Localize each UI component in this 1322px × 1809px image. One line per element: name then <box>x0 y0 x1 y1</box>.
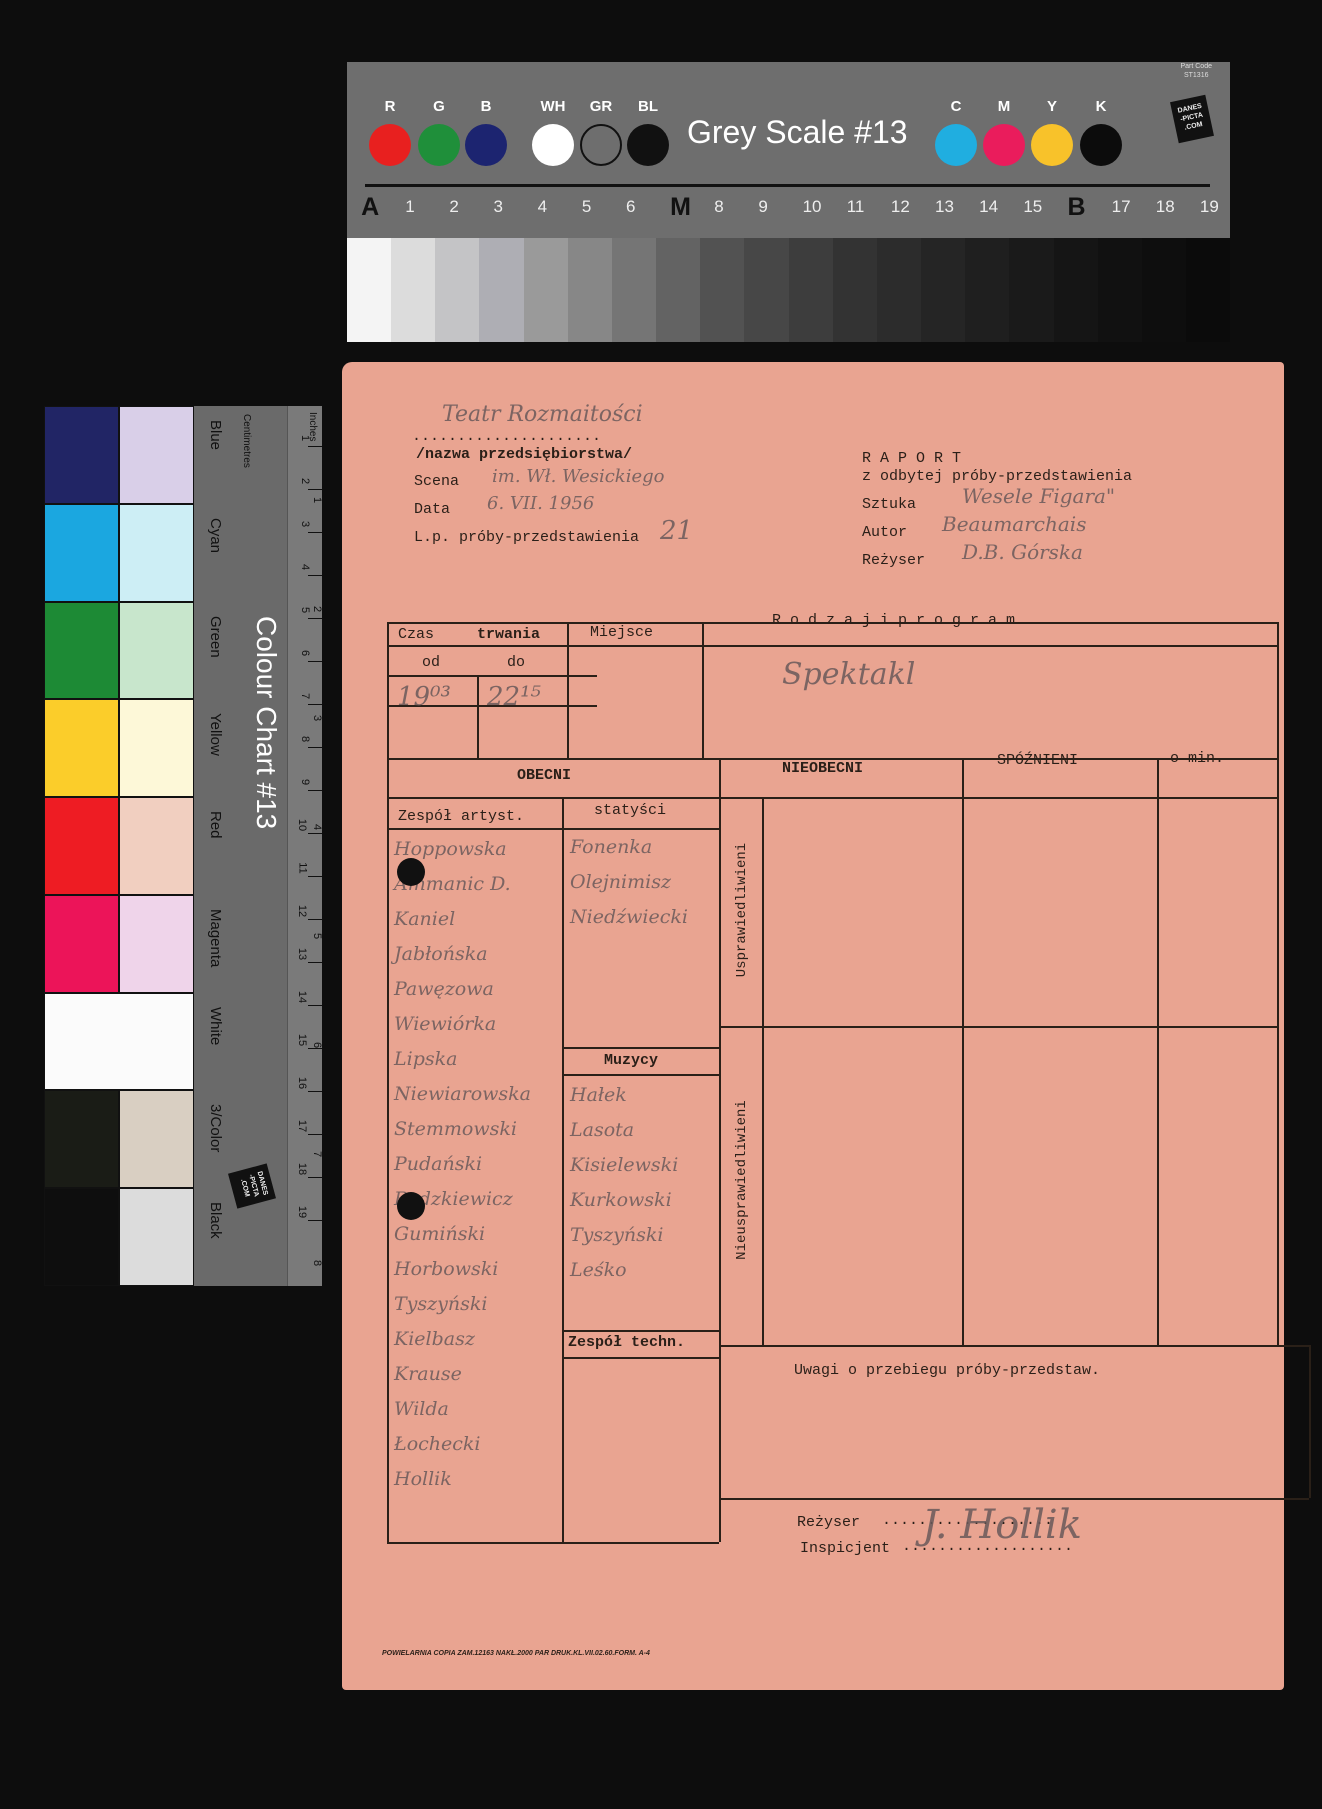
swatch-3-color <box>119 1090 194 1188</box>
patch-bl <box>627 124 669 166</box>
name-entry: Niewiarowska <box>394 1077 531 1112</box>
patch-b <box>465 124 507 166</box>
name-entry: Olejnimisz <box>570 865 688 900</box>
company-dots: ..................... <box>412 428 601 445</box>
rule <box>719 1345 1309 1347</box>
step-label: 3 <box>494 197 503 217</box>
patch-gr <box>580 124 622 166</box>
step-label: 13 <box>935 197 954 217</box>
ruler-number: 10 <box>296 819 308 831</box>
swatch-red <box>119 797 194 895</box>
patch-label: M <box>983 98 1025 115</box>
colour-chart-title: Colour Chart #13 <box>250 616 282 829</box>
grey-step <box>656 238 700 342</box>
patch-label: R <box>369 98 411 115</box>
ruler-number: 8 <box>299 736 311 742</box>
step-label: 6 <box>626 197 635 217</box>
step-label: 4 <box>538 197 547 217</box>
patch-label: B <box>465 98 507 115</box>
patch-label: Y <box>1031 98 1073 115</box>
name-entry: Tyszyński <box>394 1287 531 1322</box>
step-label: 17 <box>1112 197 1131 217</box>
company-caption: /nazwa przedsiębiorstwa/ <box>416 446 632 463</box>
obecni-label: OBECNI <box>517 767 571 784</box>
swatch-3-color <box>44 1090 119 1188</box>
spoznieni-label: SPÓŹNIENI <box>997 752 1078 769</box>
patch-m <box>983 124 1025 166</box>
od-value: 19⁰³ <box>397 682 451 712</box>
patch-r <box>369 124 411 166</box>
signature: J. Hollik <box>922 1502 1082 1548</box>
name-entry: Lipska <box>394 1042 531 1077</box>
lp-value: 21 <box>660 516 693 546</box>
grey-step <box>921 238 965 342</box>
patch-g <box>418 124 460 166</box>
rule <box>1277 622 1279 1345</box>
name-entry: Horbowski <box>394 1252 531 1287</box>
step-label: 18 <box>1156 197 1175 217</box>
danes-picta-logo: DANES-PICTA.COM <box>1170 95 1214 144</box>
name-entry: Kielbasz <box>394 1322 531 1357</box>
ruler-number: 18 <box>296 1163 308 1175</box>
o-min-label: o min. <box>1170 750 1224 767</box>
patch-c <box>935 124 977 166</box>
grey-step-labels: A123456M89101112131415B171819 <box>347 197 1230 227</box>
swatch-label: Cyan <box>207 518 224 553</box>
step-label: 2 <box>449 197 458 217</box>
rodzaj-value: Spektakl <box>782 657 915 692</box>
patch-label: C <box>935 98 977 115</box>
grey-step <box>965 238 1009 342</box>
rule <box>387 675 597 677</box>
patch-k <box>1080 124 1122 166</box>
swatch-white <box>44 993 194 1091</box>
ruler-number: 9 <box>299 779 311 785</box>
punch-hole <box>397 1192 425 1220</box>
name-entry: Lasota <box>570 1113 678 1148</box>
swatch-red <box>44 797 119 895</box>
swatch-green <box>119 602 194 700</box>
ruler-number: 7 <box>299 693 311 699</box>
rule <box>1157 758 1159 1345</box>
swatch-black <box>44 1188 119 1286</box>
ruler-number: 4 <box>299 564 311 570</box>
swatch-cyan <box>119 504 194 602</box>
ruler: InchesCentimetres12345678910111213141516… <box>287 406 322 1286</box>
sztuka-value: Wesele Figara" <box>962 484 1115 508</box>
ruler-number: 1 <box>299 435 311 441</box>
rule <box>719 1026 1277 1028</box>
swatch-label: Blue <box>207 420 224 450</box>
name-entry: Jabłońska <box>394 937 531 972</box>
name-entry: Wiewiórka <box>394 1007 531 1042</box>
swatch-cyan <box>44 504 119 602</box>
step-label: 9 <box>758 197 767 217</box>
step-label: 1 <box>405 197 414 217</box>
punch-hole <box>397 858 425 886</box>
patch-label: BL <box>627 98 669 115</box>
zespol-techn-label: Zespół techn. <box>568 1334 685 1351</box>
grey-step <box>833 238 877 342</box>
trwania-label: trwania <box>477 626 540 643</box>
grey-step <box>789 238 833 342</box>
swatch-label: Black <box>207 1202 224 1239</box>
grey-step <box>1009 238 1053 342</box>
company-handwritten: Teatr Rozmaitości <box>442 402 643 427</box>
zespol-artyst-label: Zespół artyst. <box>398 808 524 825</box>
statysci-label: statyści <box>594 802 666 819</box>
nieobecni-label: NIEOBECNI <box>782 760 863 777</box>
grey-step <box>877 238 921 342</box>
name-entry: Stemmowski <box>394 1112 531 1147</box>
ruler-number: 15 <box>296 1034 308 1046</box>
scena-value: im. Wł. Wesickiego <box>492 466 665 487</box>
sign-inspicjent-label: Inspicjent <box>800 1540 890 1557</box>
swatch-green <box>44 602 119 700</box>
grey-step <box>612 238 656 342</box>
grey-step <box>568 238 612 342</box>
usprawiedliwieni-label: Usprawiedliwieni <box>734 840 750 980</box>
swatch-yellow <box>44 699 119 797</box>
name-entry: Krause <box>394 1357 531 1392</box>
name-entry: Leśko <box>570 1253 678 1288</box>
ruler-number: 11 <box>296 862 308 873</box>
rule <box>562 1047 719 1049</box>
sign-rezyser-label: Reżyser <box>797 1514 860 1531</box>
patch-label: GR <box>580 98 622 115</box>
autor-value: Beaumarchais <box>942 512 1086 536</box>
swatch-blue <box>44 406 119 504</box>
part-code: Part Code ST1316 <box>1180 62 1212 80</box>
rule <box>719 758 721 1542</box>
step-label: B <box>1067 193 1085 222</box>
print-footer: POWIELARNIA COPIA ZAM.12163 NAKŁ.2000 PA… <box>382 1650 650 1657</box>
step-label: 8 <box>714 197 723 217</box>
grey-step <box>1142 238 1186 342</box>
ruler-number: 17 <box>296 1120 308 1132</box>
grey-step-strip <box>347 238 1230 342</box>
colour-labels: BlueCyanGreenYellowRedMagentaWhite3/Colo… <box>194 406 234 1286</box>
grey-scale-card: Part Code ST1316 RGBWHGRBLCMYK Grey Scal… <box>347 62 1230 342</box>
rodzaj-label: R o d z a j i p r o g r a m <box>772 612 1015 629</box>
rule <box>562 1330 719 1332</box>
zespol-names-list: HoppowskaAmmanic D.KanielJabłońskaPawęzo… <box>394 832 531 1497</box>
grey-step <box>744 238 788 342</box>
nieusprawiedliwieni-label: Nieusprawiedliwieni <box>734 1100 750 1260</box>
grey-step <box>1186 238 1230 342</box>
ruler-number: 2 <box>299 478 311 484</box>
colour-chart-card: BlueCyanGreenYellowRedMagentaWhite3/Colo… <box>44 406 322 1286</box>
ruler-number: 6 <box>299 650 311 656</box>
step-label: 15 <box>1023 197 1042 217</box>
swatch-blue <box>119 406 194 504</box>
rehearsal-report-form: Teatr Rozmaitości ..................... … <box>342 362 1284 1690</box>
data-label: Data <box>414 501 450 518</box>
step-label: 11 <box>847 197 865 217</box>
sztuka-label: Sztuka <box>862 496 916 513</box>
grey-scale-title: Grey Scale #13 <box>687 114 908 151</box>
step-label: 12 <box>891 197 910 217</box>
rezyser-value: D.B. Górska <box>962 540 1083 564</box>
swatch-magenta <box>119 895 194 993</box>
muzycy-label: Muzycy <box>604 1052 658 1069</box>
name-entry: Gumiński <box>394 1217 531 1252</box>
step-label: 5 <box>582 197 591 217</box>
swatch-yellow <box>119 699 194 797</box>
swatch-label: 3/Color <box>207 1104 224 1152</box>
rule <box>562 797 564 1542</box>
grey-step <box>700 238 744 342</box>
ruler-number: 13 <box>296 948 308 960</box>
patch-label: K <box>1080 98 1122 115</box>
divider <box>365 184 1210 187</box>
do-value: 22¹⁵ <box>487 682 541 712</box>
step-label: 14 <box>979 197 998 217</box>
czas-label: Czas <box>398 626 434 643</box>
name-entry: Kaniel <box>394 902 531 937</box>
patch-y <box>1031 124 1073 166</box>
uwagi-label: Uwagi o przebiegu próby-przedstaw. <box>794 1362 1100 1379</box>
od-label: od <box>422 654 440 671</box>
name-entry: Hollik <box>394 1462 531 1497</box>
danes-picta-logo: DANES-PICTA.COM <box>228 1163 276 1208</box>
miejsce-label: Miejsce <box>590 624 653 641</box>
rule <box>762 797 764 1345</box>
name-entry: Pudański <box>394 1147 531 1182</box>
grey-step <box>391 238 435 342</box>
swatch-label: Yellow <box>207 713 224 756</box>
step-label: M <box>670 193 691 222</box>
statysci-names-list: FonenkaOlejnimiszNiedźwiecki <box>570 830 688 935</box>
rule <box>387 622 389 1542</box>
grey-step <box>1098 238 1142 342</box>
name-entry: Kisielewski <box>570 1148 678 1183</box>
patch-wh <box>532 124 574 166</box>
rezyser-label: Reżyser <box>862 552 925 569</box>
step-label: 19 <box>1200 197 1219 217</box>
rule <box>387 645 1277 647</box>
name-entry: Łochecki <box>394 1427 531 1462</box>
patch-label: G <box>418 98 460 115</box>
ruler-number: 16 <box>296 1077 308 1089</box>
report-title: R A P O R T <box>862 450 961 467</box>
rule <box>562 1357 719 1359</box>
data-value: 6. VII. 1956 <box>487 493 594 514</box>
rule <box>567 622 569 758</box>
grey-step <box>1054 238 1098 342</box>
scena-label: Scena <box>414 473 459 490</box>
muzycy-names-list: HałekLasotaKisielewskiKurkowskiTyszyński… <box>570 1078 678 1288</box>
ruler-number: 19 <box>296 1206 308 1218</box>
rule <box>387 797 1277 799</box>
name-entry: Pawęzowa <box>394 972 531 1007</box>
rule <box>387 1542 719 1544</box>
name-entry: Hałek <box>570 1078 678 1113</box>
step-label: A <box>361 193 379 222</box>
grey-step <box>435 238 479 342</box>
ruler-number: 5 <box>299 607 311 613</box>
step-label: 10 <box>803 197 822 217</box>
rule <box>1309 1345 1311 1498</box>
rule <box>719 1498 1309 1500</box>
patch-label: WH <box>532 98 574 115</box>
swatch-label: White <box>207 1007 224 1045</box>
grey-step <box>347 238 391 342</box>
name-entry: Tyszyński <box>570 1218 678 1253</box>
name-entry: Fonenka <box>570 830 688 865</box>
ruler-number: 14 <box>296 991 308 1003</box>
grey-step <box>524 238 568 342</box>
grey-step <box>479 238 523 342</box>
swatch-black <box>119 1188 194 1286</box>
swatch-label: Green <box>207 616 224 658</box>
report-subtitle: z odbytej próby-przedstawienia <box>862 468 1132 485</box>
rule <box>702 622 704 758</box>
lp-label: L.p. próby-przedstawienia <box>414 529 639 546</box>
swatch-magenta <box>44 895 119 993</box>
name-entry: Wilda <box>394 1392 531 1427</box>
name-entry: Niedźwiecki <box>570 900 688 935</box>
ruler-number: 12 <box>296 905 308 917</box>
autor-label: Autor <box>862 524 907 541</box>
colour-swatches <box>44 406 194 1286</box>
swatch-label: Red <box>207 811 224 839</box>
swatch-label: Magenta <box>207 909 224 967</box>
rule <box>962 758 964 1345</box>
do-label: do <box>507 654 525 671</box>
ruler-number: 3 <box>299 521 311 527</box>
name-entry: Kurkowski <box>570 1183 678 1218</box>
rule <box>477 675 479 758</box>
rule <box>562 1074 719 1076</box>
